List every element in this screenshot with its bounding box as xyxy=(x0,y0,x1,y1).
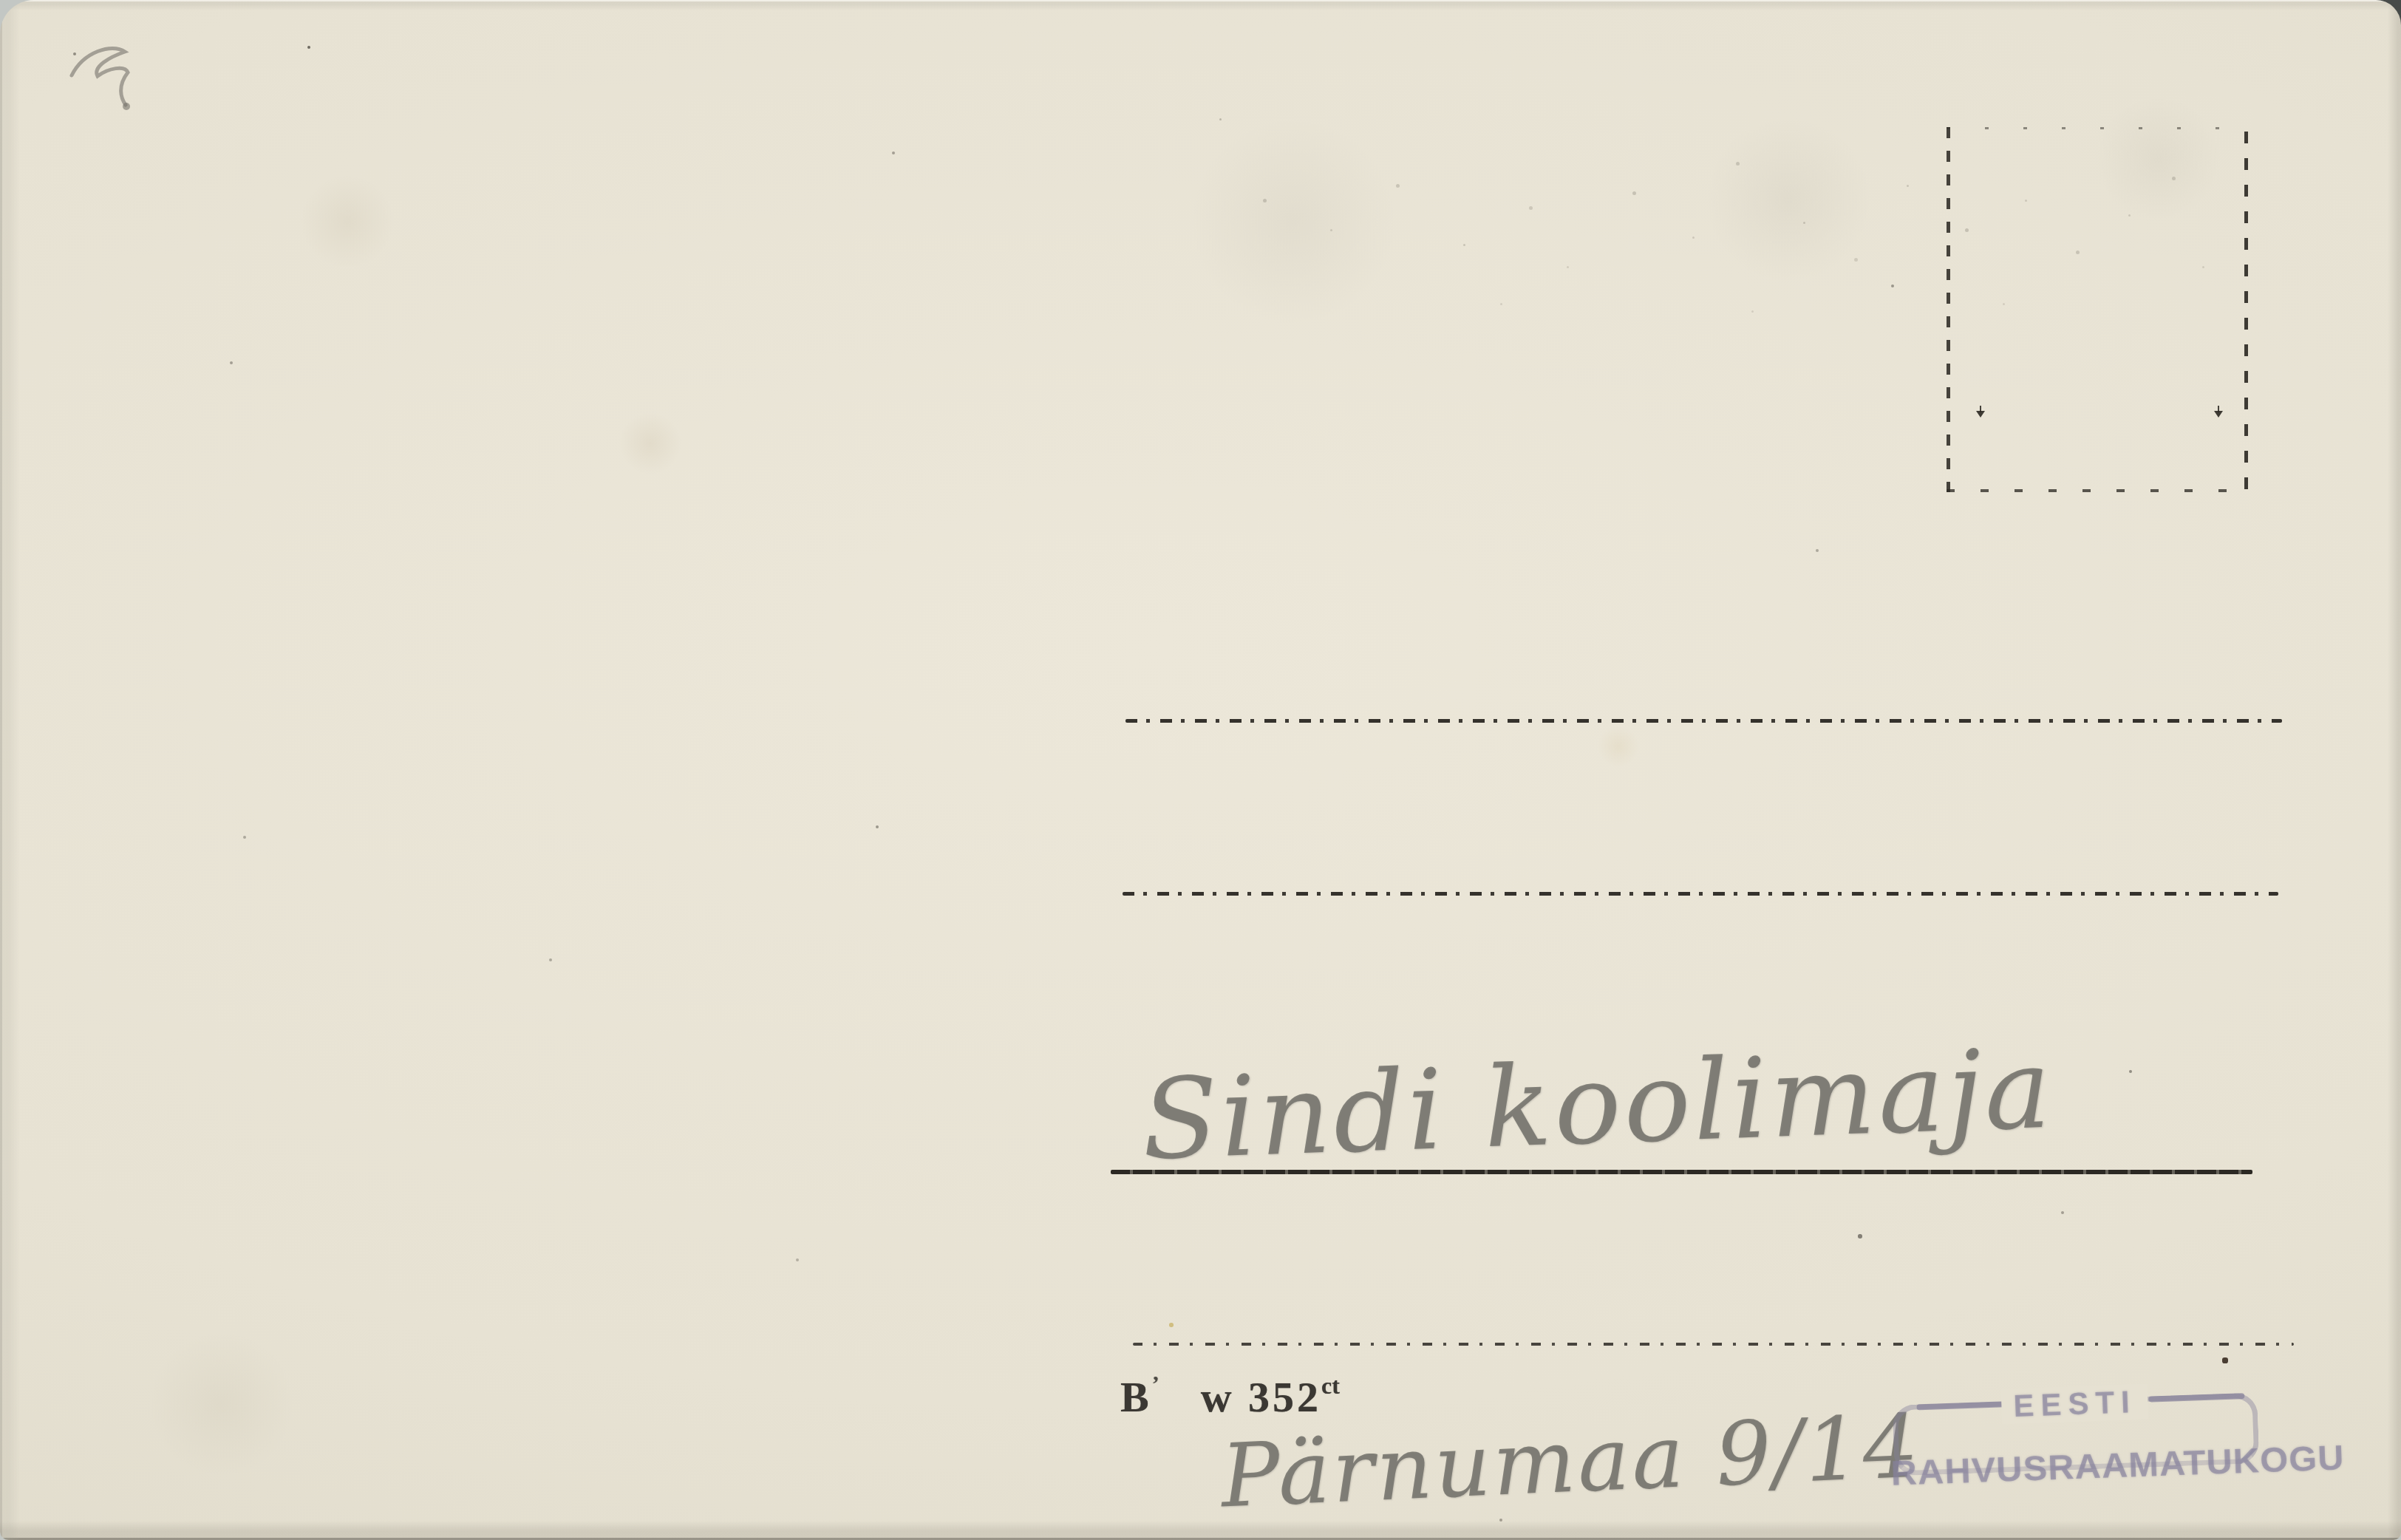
series-tick: ’ xyxy=(1152,1372,1162,1396)
paper-specks xyxy=(0,0,1,1)
stamp-box-edge-left xyxy=(1947,127,1950,492)
series-letter: B xyxy=(1120,1373,1152,1421)
smudge-speckles xyxy=(1219,118,1222,120)
pencil-squiggle xyxy=(63,37,174,126)
address-line-1 xyxy=(1125,719,2282,723)
arrow-mark-icon xyxy=(2214,411,2223,418)
address-line-3 xyxy=(1133,1343,2294,1346)
library-stamp-institution: RAHVUSRAAMATUKOGU xyxy=(1890,1437,2346,1493)
printed-series-number: B’w 352ct xyxy=(1120,1372,1340,1422)
stamp-box-edge-right xyxy=(2244,127,2248,492)
library-stamp-country: EESTI xyxy=(2001,1384,2149,1425)
series-number: w 352 xyxy=(1201,1373,1321,1421)
handwritten-caption: Sindi koolimaja xyxy=(1140,1025,2055,1185)
postcard-back: Sindi koolimaja B’w 352ct Pärnumaa 9/14 … xyxy=(0,0,2401,1540)
library-stamp-frame: EESTI RAHVUSRAAMATUKOGU xyxy=(1892,1392,2259,1476)
postage-stamp-box xyxy=(1947,127,2248,492)
arrow-mark-icon xyxy=(1976,411,1985,418)
stamp-frame-segment xyxy=(2148,1393,2244,1403)
library-stamp: EESTI RAHVUSRAAMATUKOGU xyxy=(1892,1392,2259,1476)
stamp-box-edge-bottom xyxy=(1947,489,2248,492)
address-line-2 xyxy=(1123,892,2278,896)
stamp-box-edge-top xyxy=(1947,127,2248,129)
series-superscript: ct xyxy=(1321,1372,1340,1399)
